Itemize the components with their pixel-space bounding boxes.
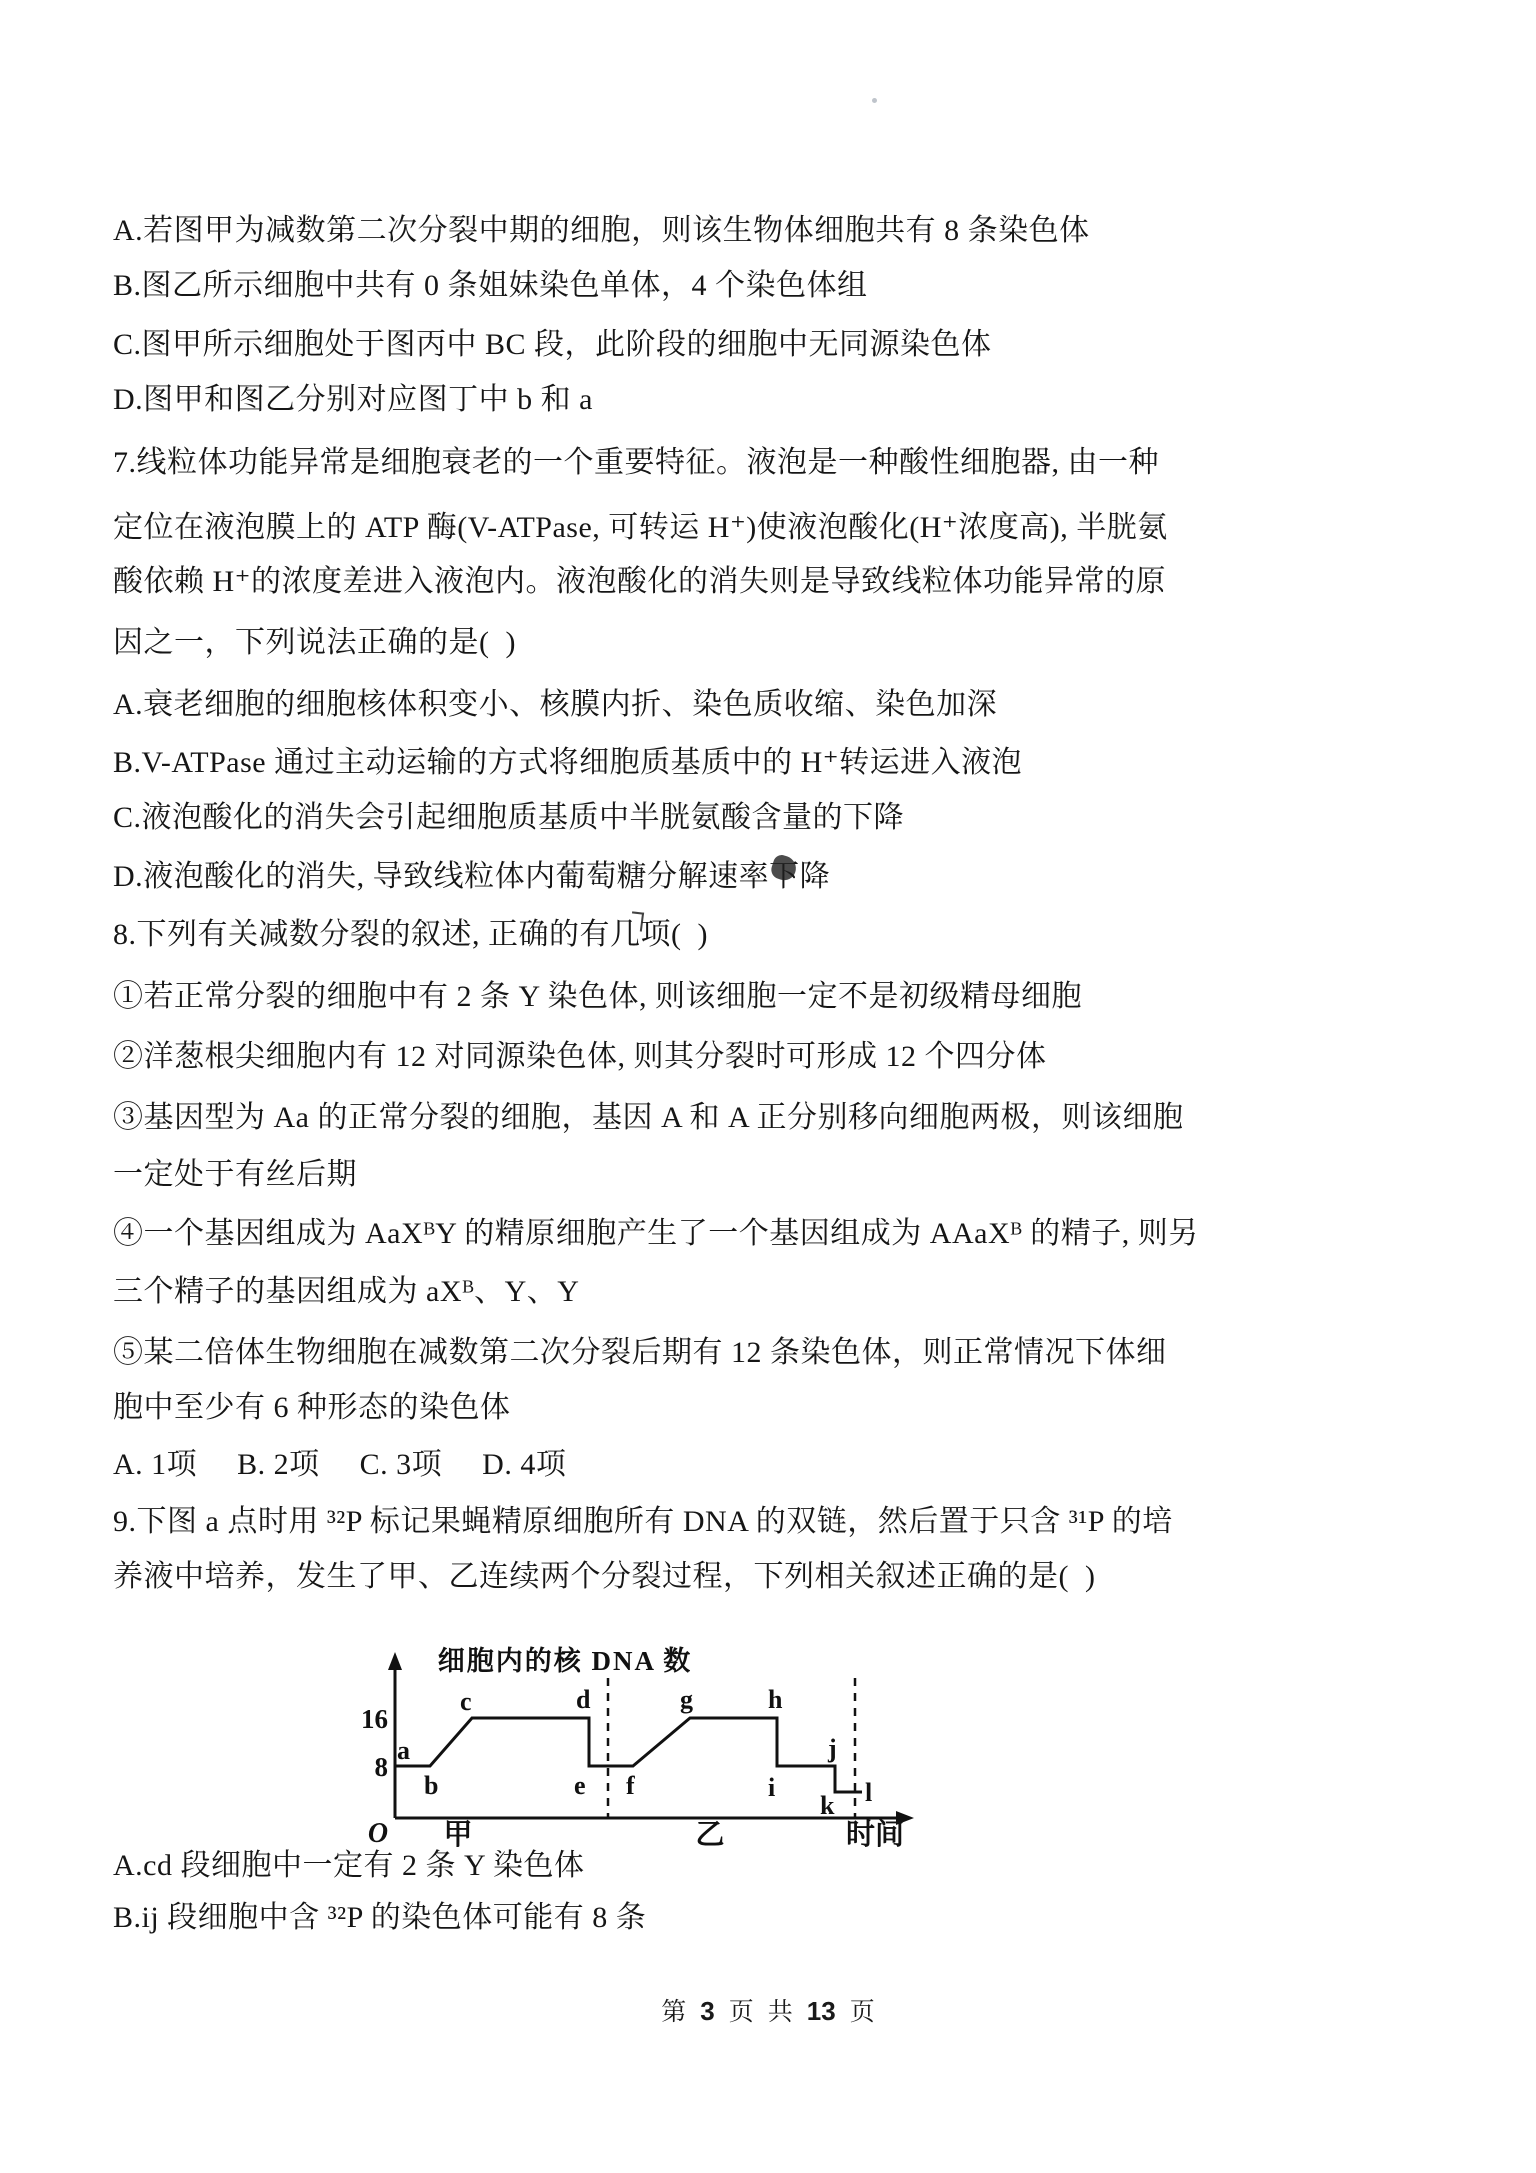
pen-mark-artifact <box>630 911 644 931</box>
speck-artifact <box>872 98 877 103</box>
footer-page-number: 3 <box>700 1996 714 2026</box>
question-7-line-4: 因之一，下列说法正确的是( ) <box>113 615 516 671</box>
question-7-line-2: 定位在液泡膜上的 ATP 酶(V-ATPase, 可转运 H⁺)使液泡酸化(H⁺… <box>113 500 1168 556</box>
question-7-option-b: B.V-ATPase 通过主动运输的方式将细胞质基质中的 H⁺转运进入液泡 <box>113 735 1022 791</box>
section-yi: 乙 <box>695 1819 724 1851</box>
footer-suffix: 页 <box>850 1999 875 2026</box>
point-k: k <box>820 1791 835 1820</box>
question-7-option-c: C.液泡酸化的消失会引起细胞质基质中半胱氨酸含量的下降 <box>113 790 904 846</box>
point-b: b <box>424 1771 438 1800</box>
question-7-line-3: 酸依赖 H⁺的浓度差进入液泡内。液泡酸化的消失则是导致线粒体功能异常的原 <box>113 554 1166 610</box>
point-d: d <box>576 1685 591 1714</box>
question-7-option-d: D.液泡酸化的消失, 导致线粒体内葡萄糖分解速率下降 <box>113 849 830 905</box>
prev-question-option-c: C.图甲所示细胞处于图丙中 BC 段，此阶段的细胞中无同源染色体 <box>113 317 992 373</box>
footer-total-pages: 13 <box>807 1996 836 2026</box>
prev-question-option-b: B.图乙所示细胞中共有 0 条姐妹染色单体，4 个染色体组 <box>113 258 868 314</box>
x-axis-label-time: 时间 <box>846 1817 904 1851</box>
question-8-choices: A. 1项 B. 2项 C. 3项 D. 4项 <box>113 1437 566 1493</box>
question-7-line-1: 7.线粒体功能异常是细胞衰老的一个重要特征。液泡是一种酸性细胞器, 由一种 <box>113 435 1159 491</box>
question-8-item-3-line-2: 一定处于有丝后期 <box>113 1147 357 1203</box>
chart-title: 细胞内的核 DNA 数 <box>438 1646 693 1676</box>
page-footer: 第3页共13页 <box>0 1992 1536 2028</box>
question-8-item-1: ①若正常分裂的细胞中有 2 条 Y 染色体, 则该细胞一定不是初级精母细胞 <box>113 969 1082 1025</box>
question-8-item-4-line-1: ④一个基因组成为 AaXᴮY 的精原细胞产生了一个基因组成为 AAaXᴮ 的精子… <box>113 1206 1199 1262</box>
point-j: j <box>827 1734 837 1763</box>
point-g: g <box>680 1685 693 1714</box>
dna-count-chart: 细胞内的核 DNA 数 16 8 a b c d e f g h i j k l… <box>280 1640 940 1860</box>
point-c: c <box>460 1687 472 1716</box>
question-8-item-2: ②洋葱根尖细胞内有 12 对同源染色体, 则其分裂时可形成 12 个四分体 <box>113 1029 1047 1085</box>
question-9-option-a: A.cd 段细胞中一定有 2 条 Y 染色体 <box>113 1838 585 1894</box>
point-f: f <box>626 1771 635 1800</box>
question-9-option-b: B.ij 段细胞中含 ³²P 的染色体可能有 8 条 <box>113 1890 646 1946</box>
footer-prefix: 第 <box>661 1999 686 2026</box>
question-9-line-2: 养液中培养，发生了甲、乙连续两个分裂过程，下列相关叙述正确的是( ) <box>113 1549 1095 1605</box>
question-8-item-5-line-1: ⑤某二倍体生物细胞在减数第二次分裂后期有 12 条染色体，则正常情况下体细 <box>113 1325 1167 1381</box>
question-9-line-1: 9.下图 a 点时用 ³²P 标记果蝇精原细胞所有 DNA 的双链，然后置于只含… <box>113 1494 1173 1550</box>
point-e: e <box>574 1771 586 1800</box>
point-l: l <box>865 1778 872 1807</box>
question-7-option-a: A.衰老细胞的细胞核体积变小、核膜内折、染色质收缩、染色加深 <box>113 677 997 733</box>
prev-question-option-a: A.若图甲为减数第二次分裂中期的细胞，则该生物体细胞共有 8 条染色体 <box>113 203 1090 259</box>
question-8-item-4-line-2: 三个精子的基因组成为 aXᴮ、Y、Y <box>113 1264 579 1320</box>
question-8-item-3-line-1: ③基因型为 Aa 的正常分裂的细胞，基因 A 和 A 正分别移向细胞两极，则该细… <box>113 1090 1184 1146</box>
footer-mid2: 共 <box>768 1999 793 2026</box>
point-a: a <box>397 1736 410 1765</box>
point-i: i <box>768 1773 775 1802</box>
question-8-stem: 8.下列有关减数分裂的叙述, 正确的有几项( ) <box>113 907 708 963</box>
exam-page: A.若图甲为减数第二次分裂中期的细胞，则该生物体细胞共有 8 条染色体 B.图乙… <box>0 0 1536 2173</box>
footer-mid1: 页 <box>729 1999 754 2026</box>
point-h: h <box>768 1685 783 1714</box>
ytick-16: 16 <box>361 1704 388 1734</box>
question-8-item-5-line-2: 胞中至少有 6 种形态的染色体 <box>113 1380 511 1436</box>
prev-question-option-d: D.图甲和图乙分别对应图丁中 b 和 a <box>113 372 593 428</box>
ytick-8: 8 <box>375 1752 389 1782</box>
y-axis-arrow <box>388 1652 402 1670</box>
